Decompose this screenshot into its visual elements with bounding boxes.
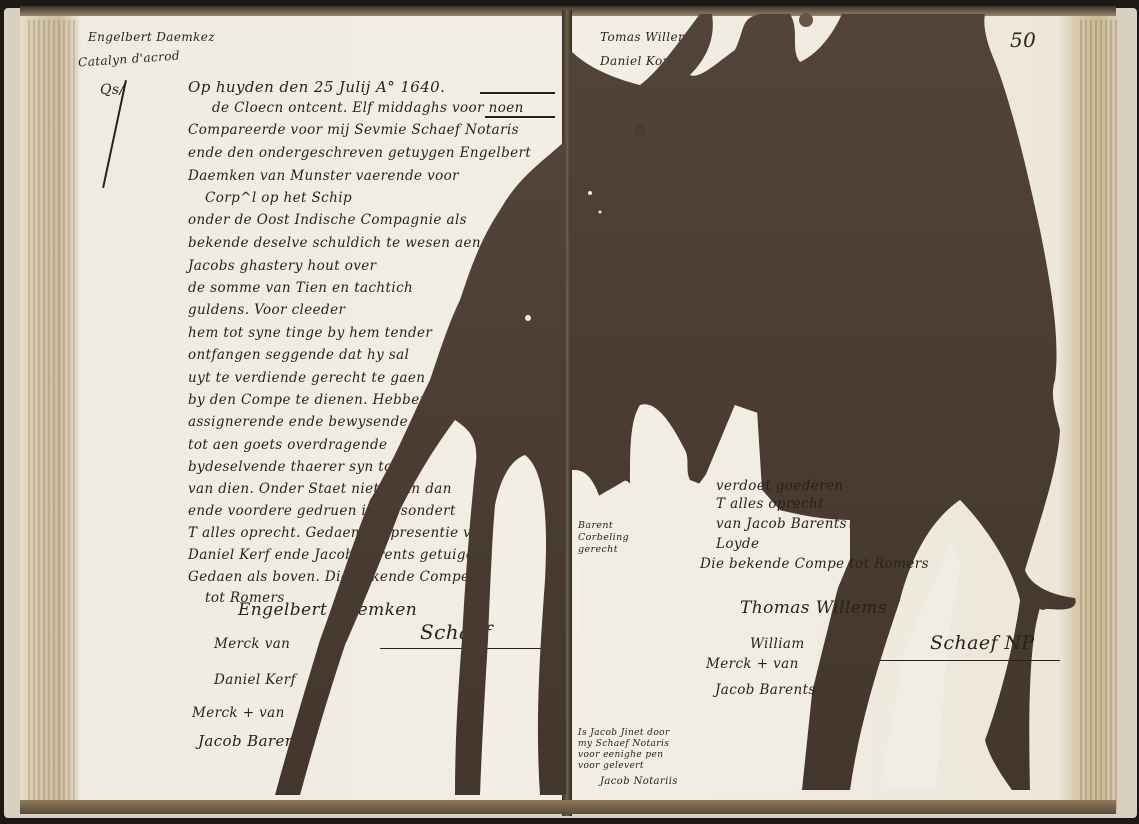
right-line-11: van Jacob Barents <box>700 414 824 430</box>
right-line-3: Compareerde voor mij Notaris <box>700 124 909 140</box>
left-line-16: assignerende ende bewysende <box>188 414 408 430</box>
right-line-4: getuygen Thomas Willems <box>700 146 880 162</box>
left-margin-note-1: Engelbert Daemkez <box>88 30 215 44</box>
right-lower-line-2: T alles oprecht <box>716 496 824 512</box>
left-line-9: Jacobs ghastery hout over <box>188 258 377 274</box>
footnote-line-2: my Schaef Notaris <box>578 739 688 750</box>
page-number: 50 <box>1010 28 1036 52</box>
right-line-10: T alles oprecht <box>700 370 802 386</box>
left-page-fore-edge <box>28 20 78 810</box>
right-footnote: Is Jacob Jinet door my Schaef Notaris vo… <box>578 728 688 772</box>
right-line-2: ontcent Elf middaghs voor noen <box>735 102 954 118</box>
left-line-5: Daemken van Munster vaerende voor <box>188 168 459 184</box>
left-line-21: T alles oprecht. Gedaen ter presentie va… <box>188 525 489 541</box>
left-rule-1 <box>480 92 555 94</box>
left-line-11: guldens. Voor cleeder <box>188 302 345 318</box>
right-line-8: de somme van guldens <box>700 258 856 274</box>
right-lower-line-5: Die bekende Compe tot Romers <box>700 556 929 572</box>
left-signature-2: Merck van <box>214 636 290 652</box>
left-line-4: ende den ondergeschreven getuygen Engelb… <box>188 145 531 161</box>
right-notary-signature: Schaef NP <box>930 632 1035 654</box>
left-signature-5: Jacob Barents <box>198 732 309 750</box>
left-line-13: ontfangen seggende dat hy sal <box>188 347 409 363</box>
left-notary-signature: Schaef <box>420 620 491 644</box>
left-signature-3: Daniel Kerf <box>214 672 296 688</box>
left-notary-rule <box>380 648 550 649</box>
left-line-19: van dien. Onder Staet niettemin dan <box>188 481 452 497</box>
left-line-14: uyt te verdiende gerecht te gaen <box>188 370 425 386</box>
footnote-line-4: voor gelevert <box>578 761 688 772</box>
right-line-1: Op huyden den Julij 1640 <box>735 78 909 94</box>
right-page-fore-edge <box>1080 20 1120 810</box>
right-signature-1: Thomas Willems <box>740 598 887 618</box>
right-notary-rule <box>880 660 1060 661</box>
left-line-1: Op huyden den 25 Julij A° 1640. <box>188 78 445 96</box>
left-line-23: Gedaen als boven. Die bekende Compe <box>188 569 469 585</box>
left-line-15: by den Compe te dienen. Hebbende <box>188 392 446 408</box>
right-margin-mark: Qs/ <box>612 90 637 106</box>
left-line-18: bydeselvende thaerer syn tot <box>188 459 398 475</box>
right-line-9: Daniel Korf ende Jacob Barents <box>700 302 915 318</box>
right-line-5: van Vaerende <box>700 168 793 184</box>
left-line-3: Compareerde voor mij Sevmie Schaef Notar… <box>188 122 519 138</box>
right-lower-line-1: verdoet goederen <box>716 478 843 494</box>
left-line-17: tot aen goets overdragende <box>188 437 387 453</box>
book-bottom-edge <box>20 800 1116 814</box>
right-signature-4: Jacob Barents <box>715 682 816 698</box>
open-manuscript-book: Engelbert Daemkez Catalyn d'acrod Qs/ Op… <box>0 0 1139 824</box>
left-line-20: ende voordere gedruen inygesondert <box>188 503 456 519</box>
footnote-line-3: voor eenighe pen <box>578 750 688 761</box>
footnote-line-1: Is Jacob Jinet door <box>578 728 688 739</box>
left-line-7: onder de Oost Indische Compagnie als <box>188 212 467 228</box>
left-line-6: Corp^l op het Schip <box>205 190 352 206</box>
right-lower-line-3: van Jacob Barents <box>716 516 847 532</box>
right-lower-line-4: Loyde <box>716 536 759 552</box>
footnote-signature: Jacob Notariis <box>600 776 678 787</box>
right-margin-note-2: Daniel Korf <box>600 54 674 68</box>
right-line-6: op het Schip <box>740 190 826 206</box>
left-line-22: Daniel Kerf ende Jacob Barents getuigen <box>188 547 483 563</box>
left-line-10: de somme van Tien en tachtich <box>188 280 413 296</box>
right-signature-2: William <box>750 636 805 652</box>
left-line-2: de Cloecn ontcent. Elf middaghs voor noe… <box>212 100 524 116</box>
left-signature-1: Engelbert Daemken <box>238 600 417 620</box>
right-line-7: Compagnie bekende <box>700 212 840 228</box>
left-signature-4: Merck + van <box>192 705 285 721</box>
left-line-8: bekende deselve schuldich te wesen aen C… <box>188 235 541 251</box>
left-line-12: hem tot syne tinge by hem tender <box>188 325 432 341</box>
book-gutter <box>562 10 572 816</box>
right-side-note: Barent Corbeling gerecht <box>578 520 658 556</box>
right-signature-3: Merck + van <box>706 656 799 672</box>
right-margin-note-1: Tomas Willems <box>600 30 696 44</box>
left-rule-2 <box>485 116 555 118</box>
